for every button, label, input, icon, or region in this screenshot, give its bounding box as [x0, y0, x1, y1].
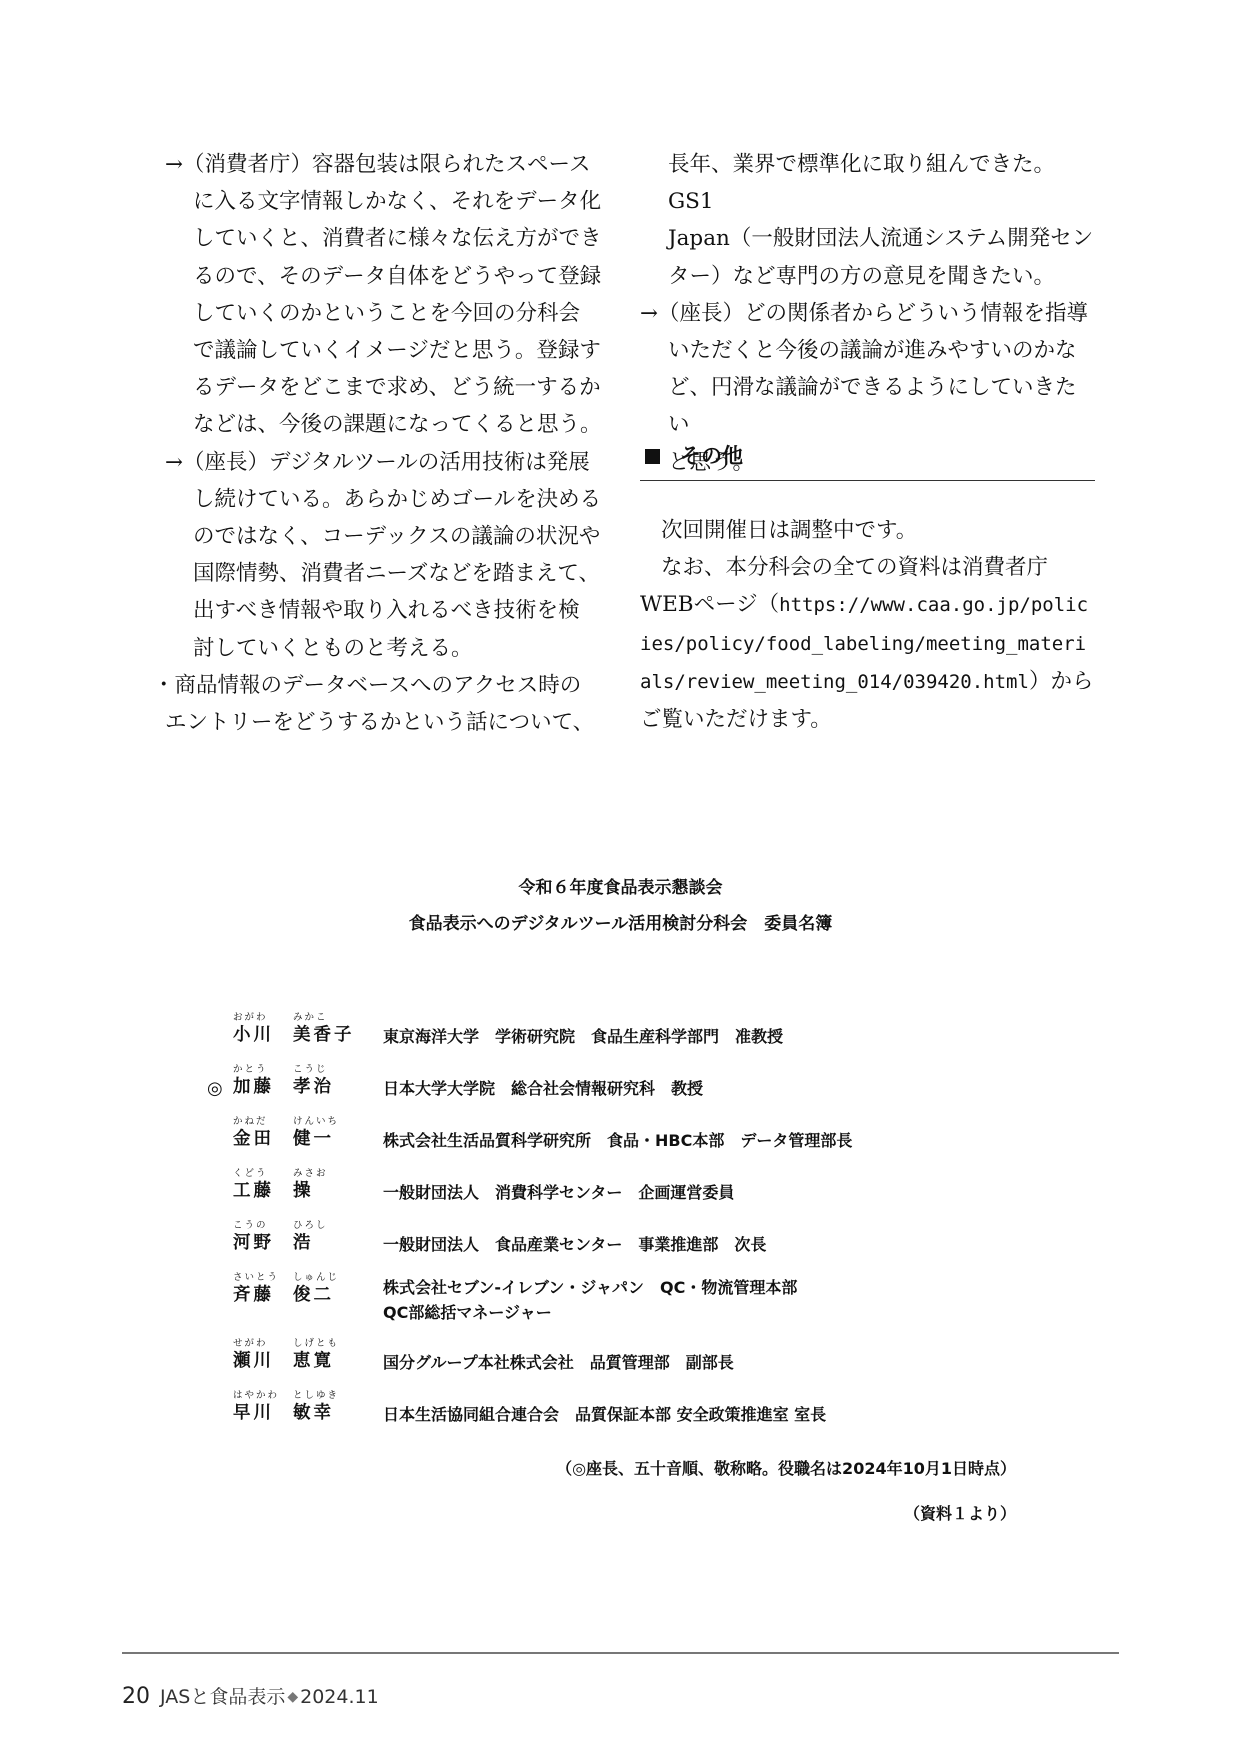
text-line: いただくと今後の議論が進みやすいのかな [668, 338, 1077, 363]
member-row: かねだ金田 けんいち健一 株式会社生活品質科学研究所 食品・HBC本部 データ管… [215, 1116, 1035, 1168]
surname-ruby: おがわ [233, 1012, 274, 1024]
affiliation: 日本大学大学院 総合社会情報研究科 教授 [383, 1076, 703, 1101]
affiliation: 一般財団法人 食品産業センター 事業推進部 次長 [383, 1232, 766, 1257]
affiliation-line: QC部総括マネージャー [383, 1300, 797, 1325]
left-column: →（消費者庁）容器包装は限られたスペース に入る文字情報しかなく、それをデータ化… [165, 146, 605, 741]
surname-ruby: くどう [233, 1168, 274, 1180]
section-heading-other: その他 [640, 436, 1095, 481]
text-line: ど、円滑な議論ができるようにしていきたい [668, 375, 1077, 437]
roster-subtitle: 食品表示へのデジタルツール活用検討分科会 委員名簿 [0, 908, 1241, 940]
roster-source: （資料１より） [904, 1501, 1016, 1524]
surname: 小川 [233, 1024, 274, 1046]
text-line: 国際情勢、消費者ニーズなどを踏まえて、 [193, 561, 600, 586]
section-body-other: 次回開催日は調整中です。 なお、本分科会の全ての資料は消費者庁WEBページ（ht… [640, 512, 1095, 738]
text-line: などは、今後の課題になってくると思う。 [193, 412, 602, 437]
text-line: のではなく、コーデックスの議論の状況や [193, 524, 600, 549]
surname-ruby: せがわ [233, 1338, 274, 1350]
comment-consumer-agency: →（消費者庁）容器包装は限られたスペース に入る文字情報しかなく、それをデータ化… [165, 146, 605, 444]
roster-title: 令和６年度食品表示懇談会 [0, 872, 1241, 904]
given-name: 浩 [293, 1232, 328, 1254]
arrow-icon: → [165, 450, 183, 475]
text-line: 出すべき情報や取り入れるべき技術を検 [193, 598, 580, 623]
text-line: （消費者庁）容器包装は限られたスペース [183, 152, 590, 177]
surname-ruby: はやかわ [233, 1390, 279, 1402]
given-name: 健一 [293, 1128, 339, 1150]
bullet-icon: ・ [153, 673, 175, 698]
member-row: さいとう斉藤 しゅんじ俊二 株式会社セブン‐イレブン・ジャパン QC・物流管理本… [215, 1272, 1035, 1338]
affiliation: 一般財団法人 消費科学センター 企画運営委員 [383, 1180, 734, 1205]
square-bullet-icon [645, 449, 660, 464]
issue-date: 2024.11 [300, 1686, 379, 1708]
text-line: していくと、消費者に様々な伝え方ができ [193, 226, 602, 251]
surname: 瀬川 [233, 1350, 274, 1372]
affiliation-line: 株式会社セブン‐イレブン・ジャパン QC・物流管理本部 [383, 1275, 797, 1300]
given-name-ruby: しげとも [293, 1338, 339, 1350]
text-line: に入る文字情報しかなく、それをデータ化 [193, 189, 601, 214]
text-line: 長年、業界で標準化に取り組んできた。GS1 [668, 152, 1055, 214]
affiliation: 株式会社セブン‐イレブン・ジャパン QC・物流管理本部 QC部総括マネージャー [383, 1275, 797, 1325]
arrow-icon: → [165, 152, 183, 177]
text-line: し続けている。あらかじめゴールを決める [193, 487, 601, 512]
given-name-ruby: けんいち [293, 1116, 339, 1128]
diamond-icon: ◆ [287, 1689, 298, 1705]
member-row: せがわ瀬川 しげとも恵寛 国分グループ本社株式会社 品質管理部 副部長 [215, 1338, 1035, 1390]
affiliation: 株式会社生活品質科学研究所 食品・HBC本部 データ管理部長 [383, 1128, 852, 1153]
roster-note: （◎座長、五十音順、敬称略。役職名は2024年10月1日時点） [556, 1456, 1016, 1479]
footer-divider [122, 1652, 1119, 1654]
member-row: はやかわ早川 としゆき敏幸 日本生活協同組合連合会 品質保証本部 安全政策推進室… [215, 1390, 1035, 1442]
section-heading-text: その他 [680, 444, 743, 468]
given-name: 美香子 [293, 1024, 355, 1046]
surname: 加藤 [233, 1076, 274, 1098]
given-name-ruby: こうじ [293, 1064, 334, 1076]
text-line: していくのかということを今回の分科会 [193, 301, 580, 326]
chair-mark-icon: ◎ [207, 1078, 223, 1099]
page-footer: 20JASと食品表示◆2024.11 [122, 1682, 379, 1709]
given-name: 敏幸 [293, 1402, 339, 1424]
affiliation: 日本生活協同組合連合会 品質保証本部 安全政策推進室 室長 [383, 1402, 826, 1427]
surname: 斉藤 [233, 1284, 279, 1306]
right-column: 長年、業界で標準化に取り組んできた。GS1 Japan（一般財団法人流通システム… [640, 146, 1095, 481]
given-name: 俊二 [293, 1284, 339, 1306]
text-line: （座長）デジタルツールの活用技術は発展 [183, 450, 590, 475]
publication-title: JASと食品表示 [160, 1686, 285, 1708]
surname-ruby: こうの [233, 1220, 274, 1232]
affiliation: 国分グループ本社株式会社 品質管理部 副部長 [383, 1350, 734, 1375]
text-line: エントリーをどうするかという話について、 [153, 710, 594, 735]
text-line: Japan（一般財団法人流通システム開発セン [668, 226, 1093, 251]
surname: 金田 [233, 1128, 274, 1150]
given-name-ruby: みかこ [293, 1012, 355, 1024]
surname-ruby: かねだ [233, 1116, 274, 1128]
text-line: るので、そのデータ自体をどうやって登録 [193, 264, 601, 289]
affiliation: 東京海洋大学 学術研究院 食品生産科学部門 准教授 [383, 1024, 783, 1049]
text-line: で議論していくイメージだと思う。登録す [193, 338, 601, 363]
given-name: 孝治 [293, 1076, 334, 1098]
surname-ruby: かとう [233, 1064, 274, 1076]
given-name-ruby: ひろし [293, 1220, 328, 1232]
next-meeting-text: 次回開催日は調整中です。 [640, 512, 1095, 549]
url-prefix: ページ（ [694, 592, 780, 617]
member-row: くどう工藤 みさお操 一般財団法人 消費科学センター 企画運営委員 [215, 1168, 1035, 1220]
given-name-ruby: としゆき [293, 1390, 339, 1402]
member-row: おがわ小川 みかこ美香子 東京海洋大学 学術研究院 食品生産科学部門 准教授 [215, 1012, 1035, 1064]
comment-chair-1: →（座長）デジタルツールの活用技術は発展 し続けている。あらかじめゴールを決める… [165, 444, 605, 667]
given-name-ruby: しゅんじ [293, 1272, 339, 1284]
bullet-continuation: 長年、業界で標準化に取り組んできた。GS1 Japan（一般財団法人流通システム… [640, 146, 1095, 295]
member-row: こうの河野 ひろし浩 一般財団法人 食品産業センター 事業推進部 次長 [215, 1220, 1035, 1272]
surname-ruby: さいとう [233, 1272, 279, 1284]
text-line: （座長）どの関係者からどういう情報を指導 [658, 301, 1088, 326]
materials-paragraph: なお、本分科会の全ての資料は消費者庁WEBページ（https://www.caa… [640, 549, 1095, 738]
given-name: 恵寛 [293, 1350, 339, 1372]
member-roster: おがわ小川 みかこ美香子 東京海洋大学 学術研究院 食品生産科学部門 准教授 ◎… [215, 1012, 1035, 1442]
surname: 早川 [233, 1402, 279, 1424]
text-line: ター）など専門の方の意見を聞きたい。 [668, 264, 1055, 289]
bullet-item-database-entry: ・商品情報のデータベースへのアクセス時の エントリーをどうするかという話について… [153, 667, 605, 741]
text-line: るデータをどこまで求め、どう統一するか [193, 375, 601, 400]
member-row-chair: ◎ かとう加藤 こうじ孝治 日本大学大学院 総合社会情報研究科 教授 [215, 1064, 1035, 1116]
given-name-ruby: みさお [293, 1168, 328, 1180]
text-line: 討していくとものと考える。 [193, 636, 473, 661]
arrow-icon: → [640, 301, 658, 326]
surname: 工藤 [233, 1180, 274, 1202]
page-number: 20 [122, 1684, 150, 1709]
text-line: 商品情報のデータベースへのアクセス時の [175, 673, 582, 698]
given-name: 操 [293, 1180, 328, 1202]
surname: 河野 [233, 1232, 274, 1254]
